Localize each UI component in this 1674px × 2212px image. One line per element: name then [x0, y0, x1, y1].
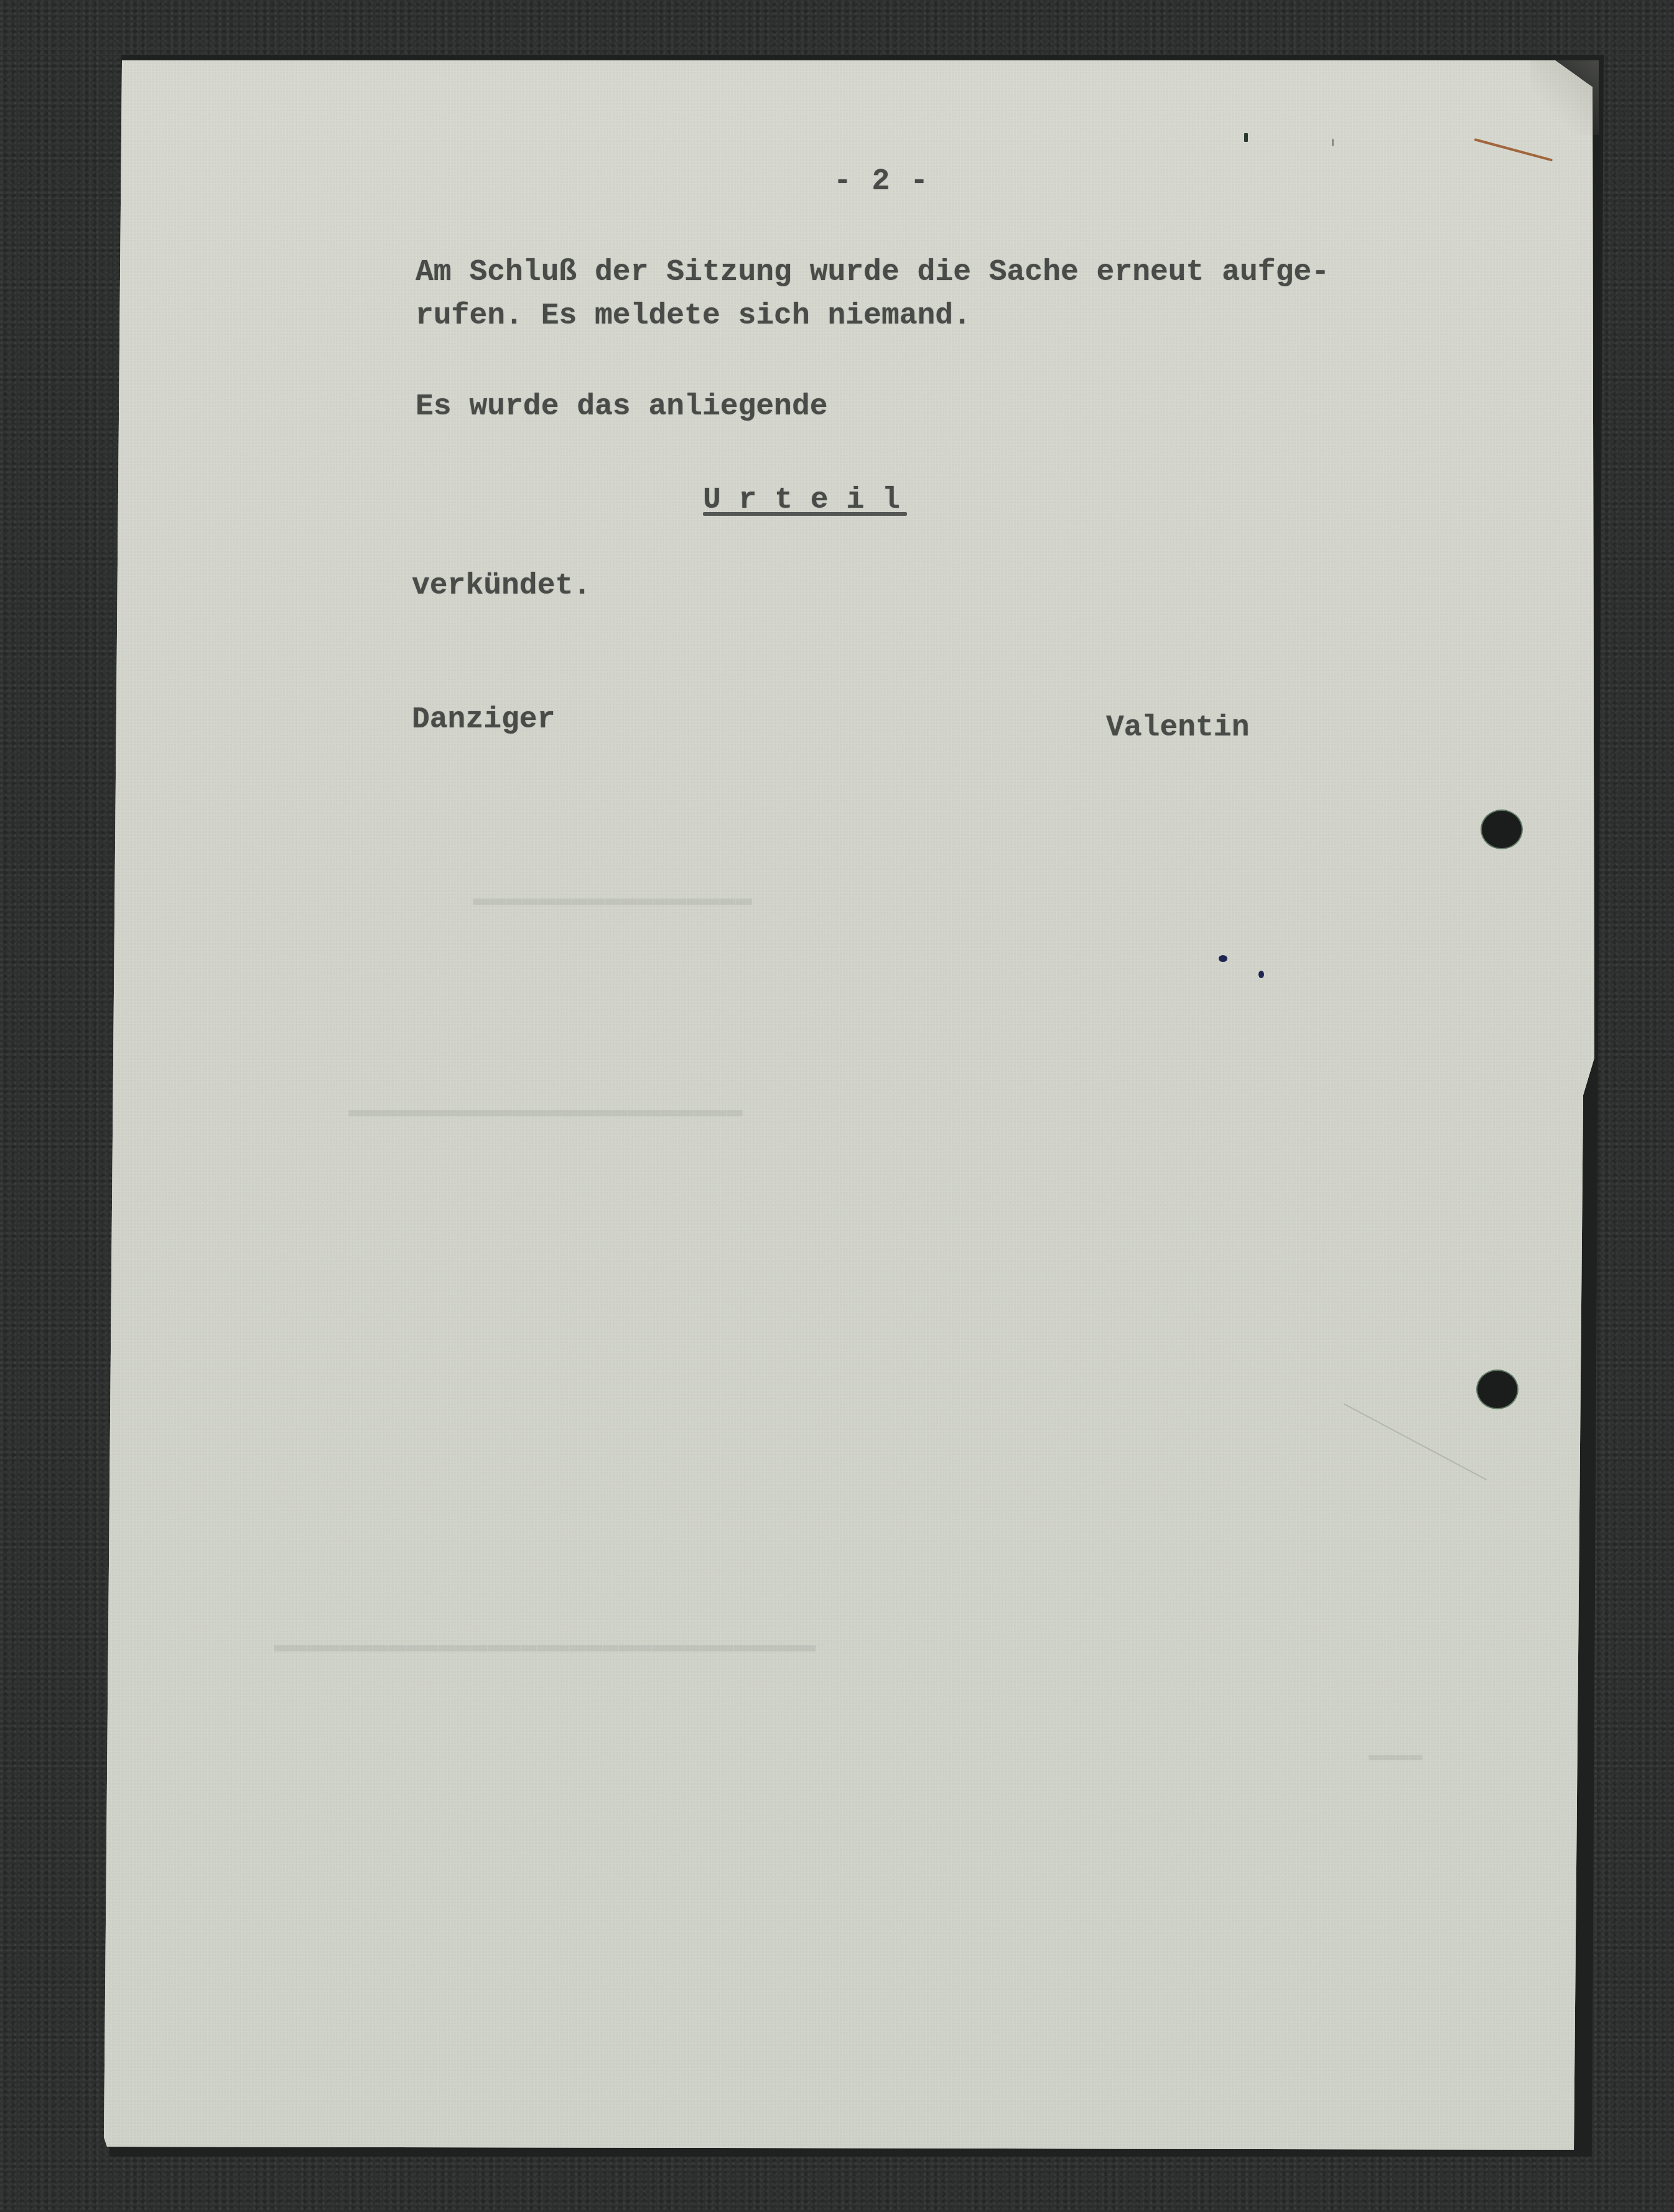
- judgment-heading: U r t e i l: [703, 485, 900, 515]
- stray-ink-mark: [1244, 133, 1248, 142]
- body-text-line: verkündet.: [412, 571, 591, 601]
- punch-hole: [1477, 1371, 1517, 1408]
- blue-ink-dot: [1258, 971, 1264, 978]
- heading-underline: [703, 512, 907, 516]
- blue-ink-dot: [1219, 955, 1227, 962]
- stray-ink-mark: [1332, 139, 1334, 146]
- signature-name-left: Danziger: [412, 705, 555, 735]
- bleed-through-texture: ▬▬▬▬▬▬▬▬▬▬▬▬▬▬▬▬▬▬▬▬▬▬▬▬▬▬▬▬▬▬▬▬▬: [274, 1630, 816, 1661]
- bleed-through-texture: ▬▬▬▬: [1369, 1742, 1422, 1768]
- body-text-line: rufen. Es meldete sich niemand.: [416, 301, 971, 331]
- signature-name-right: Valentin: [1106, 713, 1249, 743]
- bleed-through-texture: ▬▬▬▬▬▬▬▬▬▬▬▬▬▬▬▬▬▬▬▬▬▬▬▬: [348, 1095, 743, 1126]
- body-text-line: Es wurde das anliegende: [416, 392, 828, 422]
- punch-hole: [1482, 811, 1522, 848]
- folded-corner-shadow: [1530, 60, 1599, 135]
- page-number: - 2 -: [834, 167, 929, 197]
- bleed-through-texture: ▬▬▬▬▬▬▬▬▬▬▬▬▬▬▬▬▬: [473, 884, 752, 915]
- body-text-line: Am Schluß der Sitzung wurde die Sache er…: [416, 258, 1329, 287]
